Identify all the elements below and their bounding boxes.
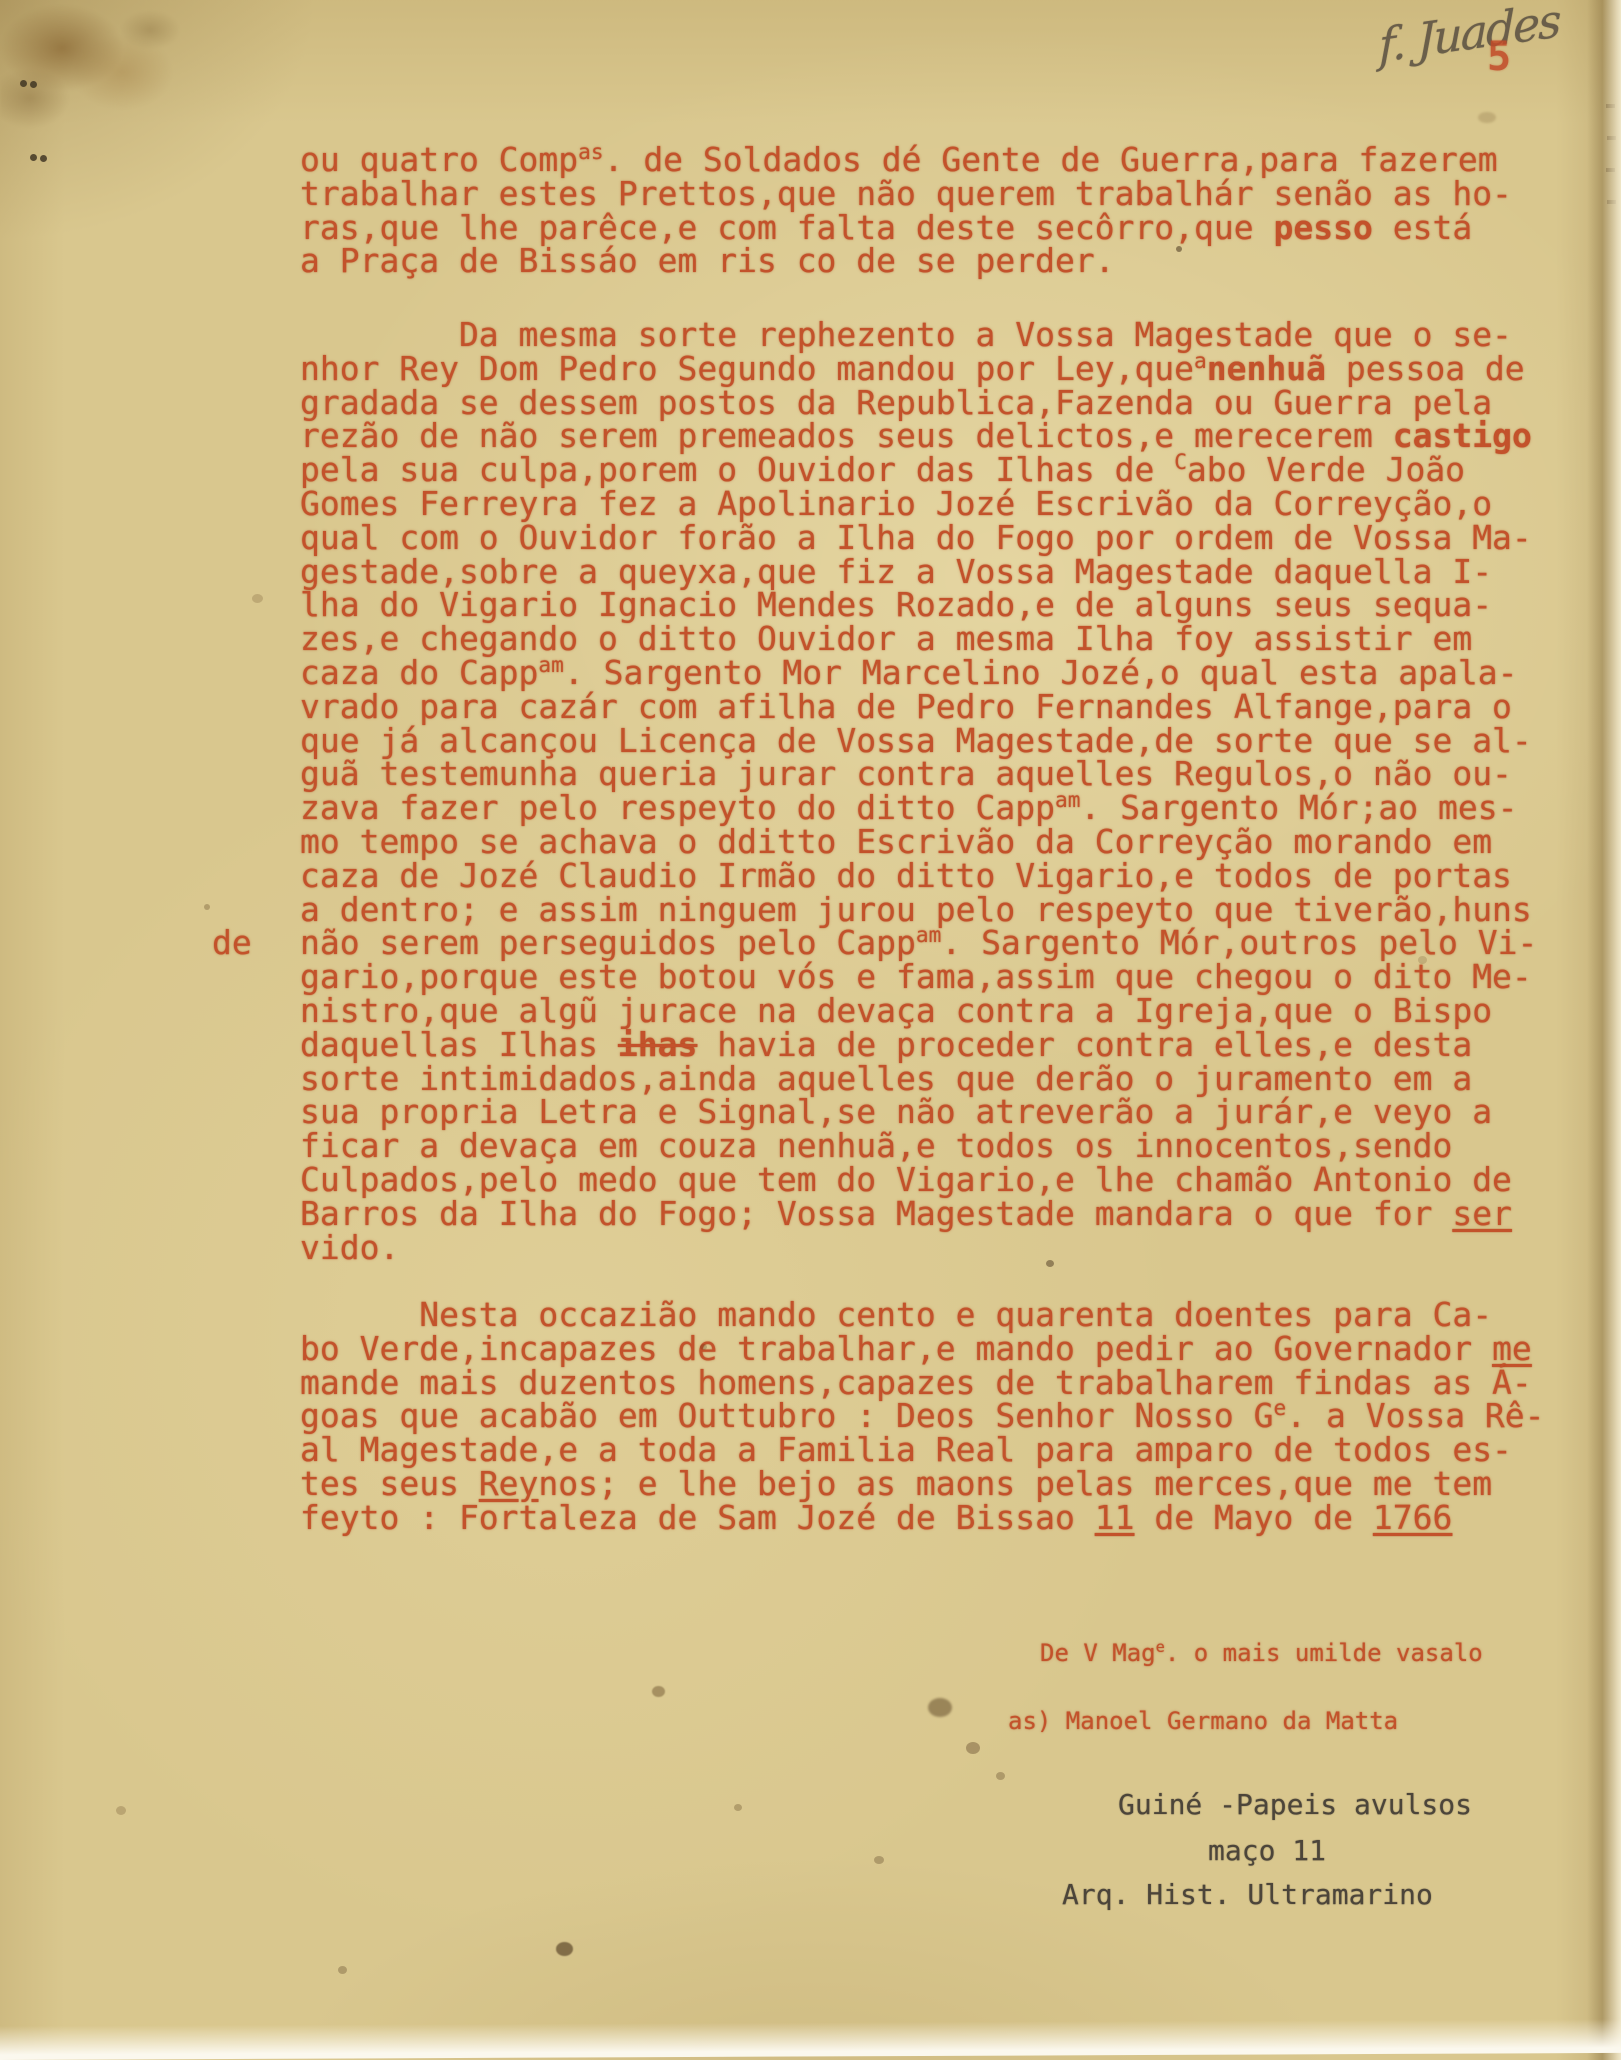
typed-line: tes seus Reynos; e lhe bejo as maons pel… [300, 1467, 1545, 1501]
typed-line: al Magestade,e a toda a Familia Real par… [300, 1433, 1545, 1467]
stain [874, 1856, 884, 1864]
staple-holes [20, 80, 38, 88]
typed-line: Gomes Ferreyra fez a Apolinario Jozé Esc… [300, 487, 1537, 521]
stain [1418, 956, 1427, 964]
paper-right-edge [1587, 0, 1621, 2060]
signature-salutation: De V Mage. o mais umilde vasalo [1040, 1638, 1483, 1668]
typed-line: ficar a devaça em couza nenhuã,e todos o… [300, 1129, 1537, 1163]
typed-line: que já alcançou Licença de Vossa Magesta… [300, 724, 1537, 758]
typed-line: não serem perseguidos pelo Cappam. Sarge… [300, 926, 1537, 960]
stain [996, 1772, 1005, 1780]
typed-line: Nesta occazião mando cento e quarenta do… [300, 1298, 1545, 1332]
typed-line: qual com o Ouvidor forão a Ilha do Fogo … [300, 521, 1537, 555]
typed-line: Barros da Ilha do Fogo; Vossa Magestade … [300, 1197, 1537, 1231]
typed-line: nhor Rey Dom Pedro Segundo mandou por Le… [300, 352, 1537, 386]
stain [652, 1686, 665, 1697]
typed-line: goas que acabão em Outtubro : Deos Senho… [300, 1399, 1545, 1433]
archive-stamp-line-3: Arq. Hist. Ultramarino [1062, 1878, 1433, 1912]
paper-scan: f. Juades 5 ou quatro Compas. de Soldado… [0, 0, 1621, 2060]
typed-paragraph-2: Da mesma sorte rephezento a Vossa Magest… [300, 318, 1537, 1264]
typed-line: caza de Jozé Claudio Irmão do ditto Viga… [300, 859, 1537, 893]
typed-line: vrado para cazár com afilha de Pedro Fer… [300, 690, 1537, 724]
typed-line: caza do Cappam. Sargento Mor Marcelino J… [300, 656, 1537, 690]
stain [338, 1966, 347, 1974]
typed-line: daquellas Ilhas ihas havia de proceder c… [300, 1028, 1537, 1062]
typed-line: Culpados,pelo medo que tem do Vigario,e … [300, 1163, 1537, 1197]
stain [928, 1698, 952, 1717]
typed-line: lha do Vigario Ignacio Mendes Rozado,e d… [300, 588, 1537, 622]
margin-note: de [212, 926, 252, 960]
typed-line: a Praça de Bissáo em ris co de se perder… [300, 244, 1512, 278]
typed-line: rezão de não serem premeados seus delict… [300, 419, 1537, 453]
signature-name: as) Manoel Germano da Matta [1008, 1706, 1398, 1736]
stain [966, 1742, 980, 1754]
typed-line: guã testemunha queria jurar contra aquel… [300, 757, 1537, 791]
typed-line: nistro,que algũ jurace na devaça contra … [300, 994, 1537, 1028]
typed-line: zes,e chegando o ditto Ouvidor a mesma I… [300, 622, 1537, 656]
typed-line: gario,porque este botou vós e fama,assim… [300, 960, 1537, 994]
stain [556, 1942, 573, 1956]
typed-line: mo tempo se achava o dditto Escrivão da … [300, 825, 1537, 859]
staple-holes [30, 154, 48, 162]
typed-line: trabalhar estes Prettos,que não querem t… [300, 177, 1512, 211]
typed-line: vido. [300, 1231, 1537, 1265]
typed-line: Da mesma sorte rephezento a Vossa Magest… [300, 318, 1537, 352]
typed-line: mande mais duzentos homens,capazes de tr… [300, 1366, 1545, 1400]
stain [700, 1344, 707, 1350]
archive-stamp-line-2: maço 11 [1208, 1834, 1326, 1868]
handwritten-annotation: f. Juades [1379, 0, 1560, 73]
paper-bottom-edge [0, 2019, 1621, 2060]
typed-line: feyto : Fortaleza de Sam Jozé de Bissao … [300, 1501, 1545, 1535]
typed-line: ou quatro Compas. de Soldados dé Gente d… [300, 143, 1512, 177]
page-number: 5 [1487, 34, 1511, 80]
typed-line: sorte intimidados,ainda aquelles que der… [300, 1062, 1537, 1096]
stain [116, 1806, 126, 1815]
typed-line: ras,que lhe parêce,e com falta deste sec… [300, 211, 1512, 245]
stain [1478, 112, 1496, 123]
stain [252, 594, 263, 603]
typed-line: bo Verde,incapazes de trabalhar,e mando … [300, 1332, 1545, 1366]
stain [1176, 246, 1182, 252]
typed-paragraph-3: Nesta occazião mando cento e quarenta do… [300, 1298, 1545, 1535]
stain [734, 1804, 742, 1811]
typed-line: gestade,sobre a queyxa,que fiz a Vossa M… [300, 555, 1537, 589]
stain [1046, 1260, 1054, 1267]
typed-line: zava fazer pelo respeyto do ditto Cappam… [300, 791, 1537, 825]
typed-line: pela sua culpa,porem o Ouvidor das Ilhas… [300, 453, 1537, 487]
typed-line: gradada se dessem postos da Republica,Fa… [300, 386, 1537, 420]
stain [204, 904, 210, 910]
typed-line: sua propria Letra e Signal,se não atreve… [300, 1095, 1537, 1129]
typed-paragraph-1: ou quatro Compas. de Soldados dé Gente d… [300, 143, 1512, 278]
archive-stamp-line-1: Guiné -Papeis avulsos [1118, 1788, 1472, 1822]
